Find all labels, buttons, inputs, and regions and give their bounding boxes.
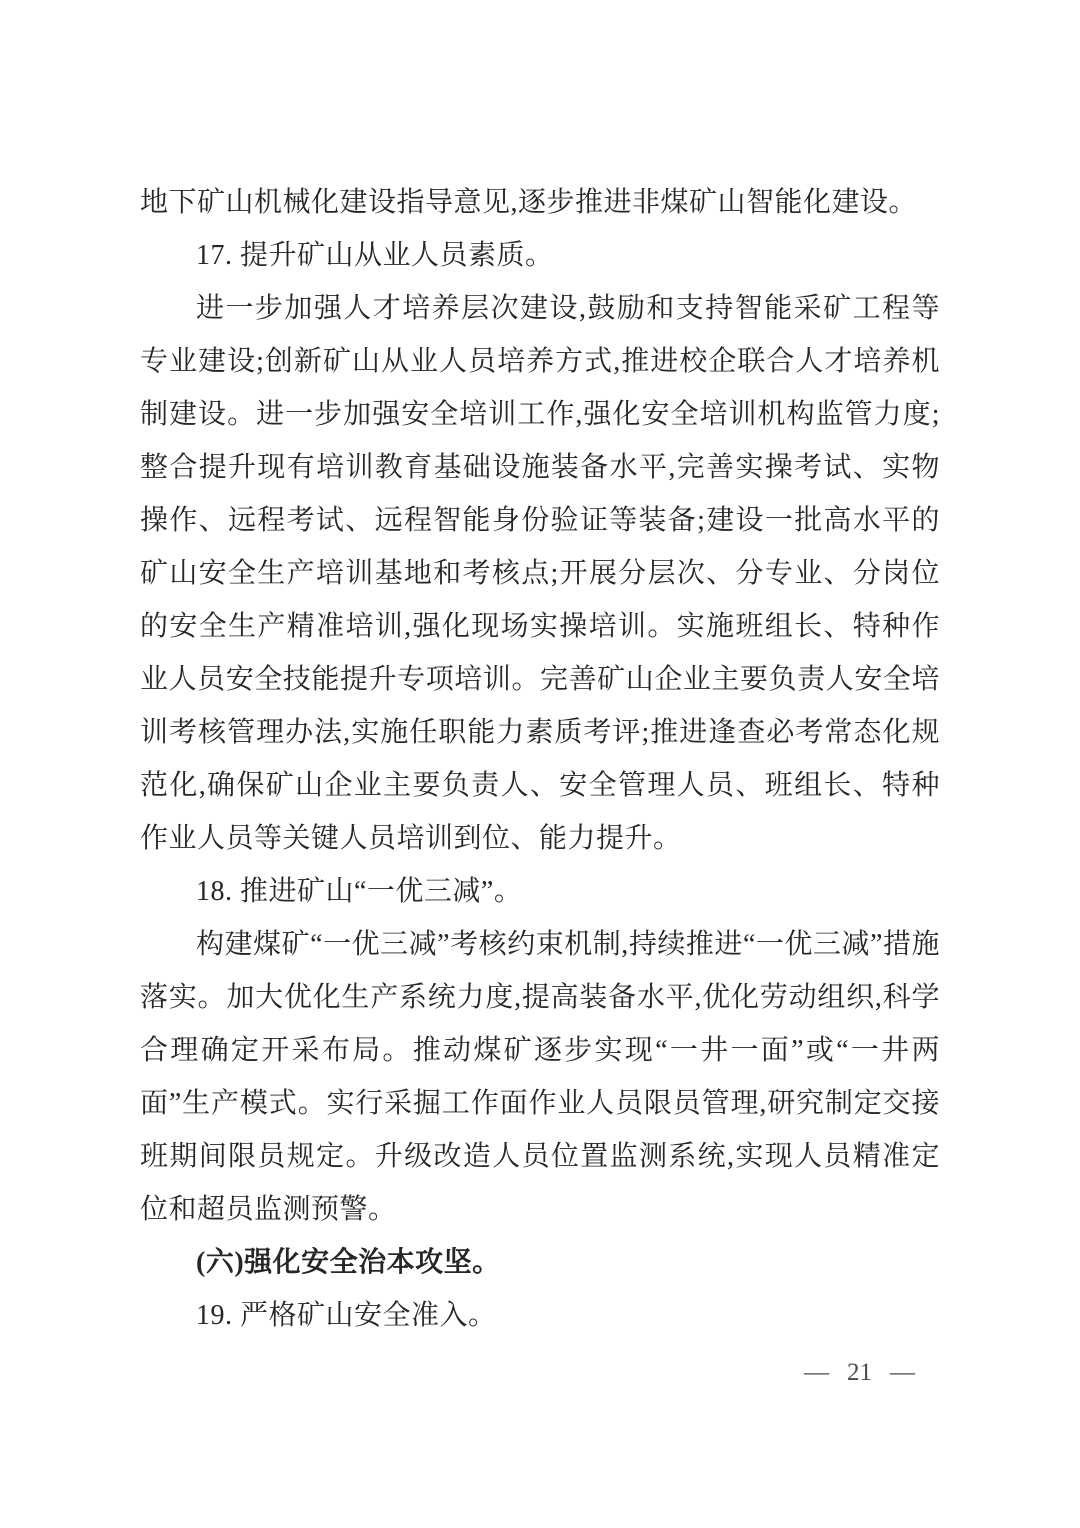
- page-number: 21: [847, 1358, 872, 1388]
- item-18-heading: 18. 推进矿山“一优三减”。: [140, 865, 940, 918]
- item-17-heading: 17. 提升矿山从业人员素质。: [140, 229, 940, 282]
- page-footer: — 21 —: [804, 1358, 915, 1388]
- section-6-heading: (六)强化安全治本攻坚。: [140, 1236, 940, 1289]
- document-body: 地下矿山机械化建设指导意见,逐步推进非煤矿山智能化建设。 17. 提升矿山从业人…: [140, 176, 940, 1342]
- item-17-body: 进一步加强人才培养层次建设,鼓励和支持智能采矿工程等专业建设;创新矿山从业人员培…: [140, 282, 940, 865]
- item-19-heading: 19. 严格矿山安全准入。: [140, 1289, 940, 1342]
- paragraph-continuation: 地下矿山机械化建设指导意见,逐步推进非煤矿山智能化建设。: [140, 176, 940, 229]
- footer-left-dash: —: [804, 1358, 829, 1388]
- document-page: 地下矿山机械化建设指导意见,逐步推进非煤矿山智能化建设。 17. 提升矿山从业人…: [0, 0, 1080, 1528]
- footer-right-dash: —: [890, 1358, 915, 1388]
- item-18-body: 构建煤矿“一优三减”考核约束机制,持续推进“一优三减”措施落实。加大优化生产系统…: [140, 918, 940, 1236]
